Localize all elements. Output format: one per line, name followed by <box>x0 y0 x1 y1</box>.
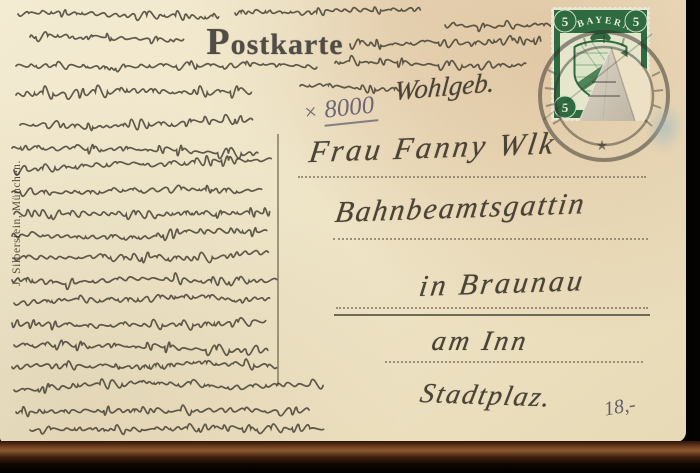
postcard-scan: Postkarte J. Silberstein, München. × 800… <box>0 0 700 473</box>
scan-background-edge <box>0 441 700 473</box>
handwriting-line: … <box>18 10 219 20</box>
postmark-star: ★ <box>596 139 609 154</box>
address-line-town: in Braunau <box>419 264 586 304</box>
postcard-title: Postkarte <box>185 20 365 64</box>
handwriting-line: … <box>350 36 541 49</box>
address-line-street: Stadtplaz. <box>420 378 552 415</box>
handwriting-line: zu Ihren werten <box>14 208 270 219</box>
address-honorific: Wohlgeb. <box>393 67 496 107</box>
handwriting-line: ob wohl ich weiß <box>20 115 252 131</box>
handwriting-line: Zweibrückenstraße <box>12 359 277 370</box>
address-line-river: am Inn <box>432 326 529 358</box>
stamp-value-top-left: 5 <box>562 14 569 29</box>
handwriting-line: schließe die besten <box>14 295 269 306</box>
stamp-value-bottom-left: 5 <box>562 100 569 115</box>
handwriting-line: … <box>30 32 184 44</box>
address-rule-3 <box>336 307 648 309</box>
handwriting-line: Nahmensfeste die <box>12 228 267 240</box>
address-rule-1 <box>298 176 646 178</box>
handwriting-line: das mir gnädige Frau <box>12 145 258 159</box>
handwriting-line: zu senden und <box>12 273 277 289</box>
dealer-price: 18,- <box>602 393 637 421</box>
address-underline <box>334 314 650 316</box>
handwriting-line: gebene Rosa Huber <box>14 340 268 355</box>
dealer-catalog-value: 8000 <box>322 91 379 126</box>
handwriting-line: Grüße an Ihre sehr <box>12 318 266 330</box>
stamp-value-top-right: 5 <box>633 14 640 29</box>
address-line-name: Frau Fanny Wlk <box>309 125 557 170</box>
handwriting-line: … <box>235 7 420 15</box>
postage-stamp: BAYERN 5 5 5 <box>551 7 650 121</box>
divider-line <box>277 134 279 386</box>
publisher-imprint: J. Silberstein, München. <box>11 139 25 307</box>
postcard-paper: Postkarte J. Silberstein, München. × 800… <box>0 0 686 442</box>
handwriting-line: Frau Wlk. <box>16 85 251 99</box>
handwriting-line: böse ist auch mich <box>14 156 271 175</box>
dealer-catalog-mark: × <box>302 98 319 124</box>
handwriting-line: denken Sie nur mein <box>16 405 309 416</box>
dealer-catalog-number: × 8000 <box>302 91 379 127</box>
handwriting-line: … <box>445 21 555 32</box>
address-line-occupation: Bahnbeamtsgattin <box>335 187 586 230</box>
handwriting-line: Eigensinn brachte mir kein <box>30 424 324 435</box>
handwriting-line: … <box>300 84 400 93</box>
handwriting-line: verleiten es mir <box>12 185 262 196</box>
handwriting-line: herzl. Glückwünsche <box>14 251 268 263</box>
address-rule-4 <box>385 361 643 363</box>
address-rule-2 <box>333 238 648 240</box>
